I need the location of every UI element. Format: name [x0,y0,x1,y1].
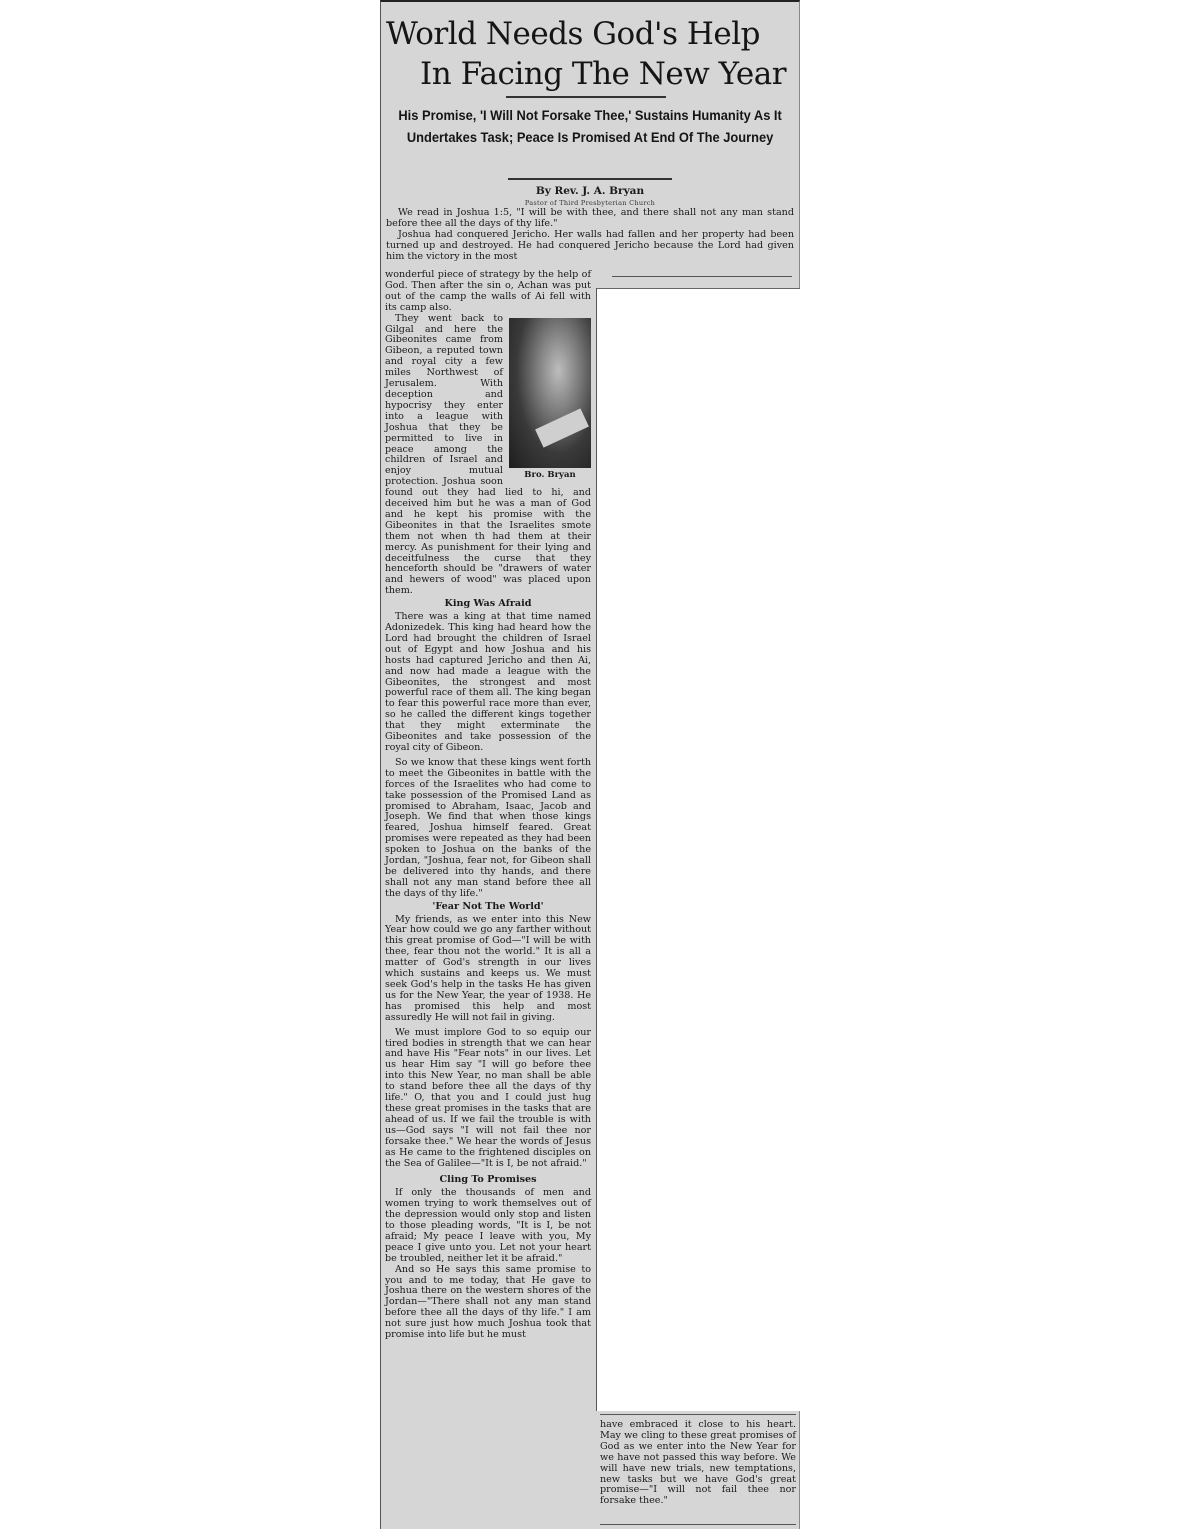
headline: World Needs God's Help In Facing The New… [386,14,796,94]
byline-title: Pastor of Third Presbyterian Church [380,199,800,207]
paragraph: We must implore God to so equip our tire… [385,1028,591,1170]
end-rule [600,1524,796,1525]
column-2: have embraced it close to his heart. May… [600,1420,796,1507]
subhead: 'Fear Not The World' [385,902,591,913]
paragraph: If only the thousands of men and women t… [385,1188,591,1264]
deck-rule [508,178,672,180]
headline-line-1: World Needs God's Help [386,14,796,54]
paragraph: There was a king at that time named Adon… [385,612,591,754]
paragraph: have embraced it close to his heart. May… [600,1420,796,1507]
column-1: wonderful piece of strategy by the help … [385,270,591,1341]
deck-subheadline: His Promise, 'I Will Not Forsake Thee,' … [384,104,796,148]
paragraph: And so He says this same promise to you … [385,1265,591,1341]
intro-text: We read in Joshua 1:5, "I will be with t… [386,208,794,263]
column-rule [612,276,792,277]
paragraph: We read in Joshua 1:5, "I will be with t… [386,208,794,230]
byline: By Rev. J. A. Bryan [380,185,800,197]
blank-area [597,288,800,1411]
paragraph: So we know that these kings went forth t… [385,758,591,900]
subhead: King Was Afraid [385,599,591,610]
paragraph: wonderful piece of strategy by the help … [385,270,591,314]
subhead: Cling To Promises [385,1175,591,1186]
paragraph: Joshua had conquered Jericho. Her walls … [386,230,794,263]
paragraph: My friends, as we enter into this New Ye… [385,915,591,1024]
headline-rule [506,96,666,98]
author-photo-block: Bro. Bryan [509,318,591,484]
photo-caption: Bro. Bryan [509,470,591,481]
continuation-rule [600,1414,796,1415]
headline-line-2: In Facing The New Year [386,54,796,94]
author-photo [509,318,591,468]
